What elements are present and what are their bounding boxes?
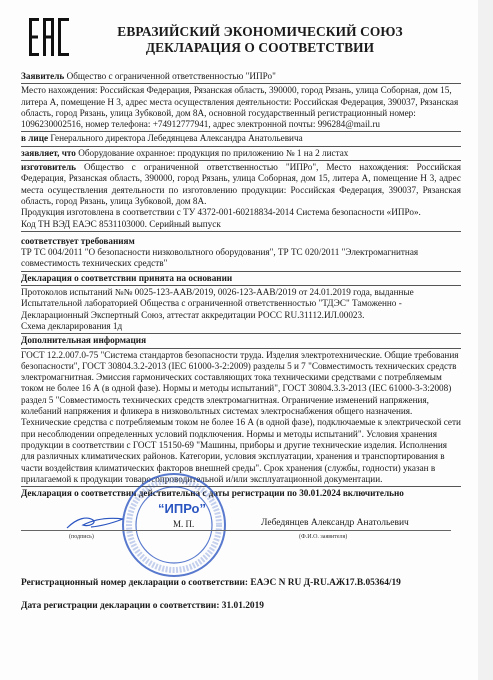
complies-row: соответствует требованиям ТР ТС 004/2011…: [21, 235, 461, 272]
declares-row: заявляет, что Оборудование охранное: про…: [21, 147, 461, 161]
produced-per: Продукция изготовлена в соответствии с Т…: [21, 207, 461, 218]
signature-block: “ИПРо” М. П. Лебедянцев Александр Анатол…: [21, 500, 461, 552]
additional-label-row: Дополнительная информация: [21, 334, 461, 348]
applicant-label: Заявитель: [21, 71, 64, 81]
manufacturer-value: Общество с ограниченной ответственностью…: [21, 162, 461, 206]
basis-row: Протоколов испытаний №№ 0025-123-ААВ/201…: [21, 286, 461, 334]
basis-label: Декларация о соответствии принята на осн…: [21, 273, 461, 284]
stamp-place-mark: М. П.: [173, 519, 194, 530]
additional-value: ГОСТ 12.2.007.0-75 "Система стандартов б…: [21, 350, 461, 486]
declaration-scheme: Схема декларирования 1д: [21, 321, 461, 332]
manufacturer-label: изготовитель: [21, 162, 76, 172]
signature-caption: (подпись): [69, 532, 94, 543]
union-title: ЕВРАЗИЙСКИЙ ЭКОНОМИЧЕСКИЙ СОЮЗ: [110, 24, 410, 40]
signature-line: [21, 530, 451, 531]
eac-logo: [29, 18, 69, 56]
complies-label: соответствует требованиям: [21, 236, 461, 247]
applicant-value: Общество с ограниченной ответственностью…: [67, 71, 276, 81]
manufacturer-row: изготовитель Общество с ограниченной отв…: [21, 161, 461, 232]
declares-value: Оборудование охранное: продукция по прил…: [78, 148, 348, 158]
complies-value: ТР ТС 004/2011 "О безопасности низковоль…: [21, 247, 461, 270]
basis-label-row: Декларация о соответствии принята на осн…: [21, 272, 461, 286]
declaration-body: Заявитель Общество с ограниченной ответс…: [21, 70, 461, 552]
eac-mark-icon: [29, 18, 69, 56]
basis-value: Протоколов испытаний №№ 0025-123-ААВ/201…: [21, 287, 461, 321]
validity: Декларация о соответствии действительна …: [21, 487, 461, 500]
declaration-page: ЕВРАЗИЙСКИЙ ЭКОНОМИЧЕСКИЙ СОЮЗ ДЕКЛАРАЦИ…: [0, 0, 478, 680]
registration-number: Регистрационный номер декларации о соотв…: [21, 578, 461, 588]
tn-ved-code: Код ТН ВЭД ЕАЭС 8531103000. Серийный вып…: [21, 219, 461, 230]
represented-by-row: в лице Генерального директора Лебедянцев…: [21, 132, 461, 146]
additional-row: ГОСТ 12.2.007.0-75 "Система стандартов б…: [21, 349, 461, 488]
declares-label: заявляет, что: [21, 148, 76, 158]
represented-by-value: Генерального директора Лебедянцева Алекс…: [50, 133, 302, 143]
registration-date: Дата регистрации декларации о соответств…: [21, 601, 461, 611]
document-title: ЕВРАЗИЙСКИЙ ЭКОНОМИЧЕСКИЙ СОЮЗ ДЕКЛАРАЦИ…: [110, 24, 410, 56]
signer-name-caption: (Ф.И.О. заявителя): [299, 532, 347, 543]
additional-label: Дополнительная информация: [21, 335, 461, 346]
stamp-company-name: “ИПРо”: [158, 503, 206, 514]
applicant-row: Заявитель Общество с ограниченной ответс…: [21, 70, 461, 84]
declaration-title: ДЕКЛАРАЦИЯ О СООТВЕТСТВИИ: [110, 40, 410, 56]
represented-by-label: в лице: [21, 133, 48, 143]
signer-name: Лебедянцев Александр Анатольевич: [261, 518, 409, 529]
signature-scribble-icon: [63, 512, 133, 532]
page-edge: [478, 0, 493, 680]
applicant-address: Место нахождения: Российская Федерация, …: [21, 84, 461, 132]
